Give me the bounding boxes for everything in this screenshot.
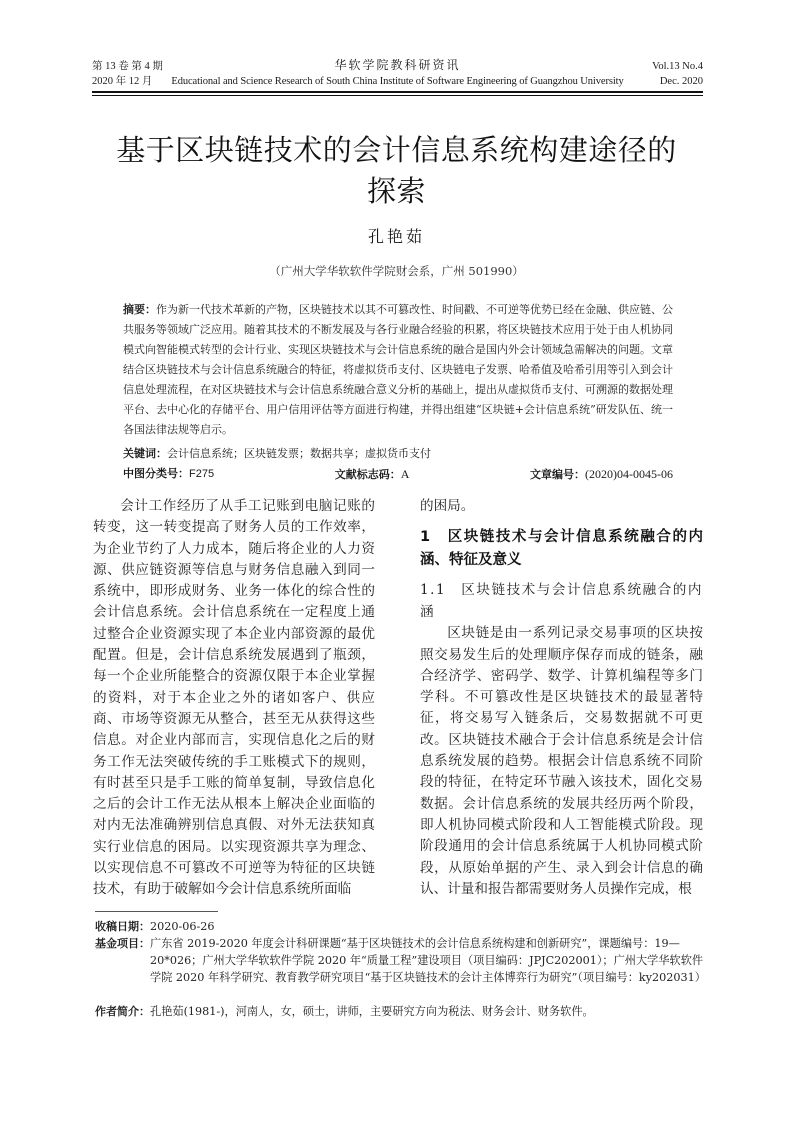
volume-issue-en: Vol.13 No.4 <box>623 59 703 74</box>
bio-value: 孔艳茹(1981-)，河南人，女，硕士，讲师，主要研究方向为税法、财务会计、财务… <box>150 1003 710 1020</box>
abstract-text: 作为新一代技术革新的产物，区块链技术以其不可篡改性、时间戳、不可逆等优势已经在金… <box>123 303 673 436</box>
fund-value: 广东省 2019-2020 年度会计科研课题“基于区块链技术的会计信息系统构建和… <box>150 935 710 986</box>
classification-row: 中图分类号：F275 文献标志码：A 文章编号：(2020)04-0045-06 <box>123 464 673 485</box>
article-no-value: (2020)04-0045-06 <box>585 467 673 481</box>
journal-name-cn: 华软学院教科研资讯 <box>172 58 623 73</box>
volume-issue-cn: 第 13 卷 第 4 期 <box>92 59 172 74</box>
intro-paragraph-continuation: 的困局。 <box>420 496 703 517</box>
section-heading-1-1: 1.1 区块链技术与会计信息系统融合的内涵 <box>420 579 703 623</box>
title-line-2: 探索 <box>100 171 693 212</box>
clc-value: F275 <box>189 468 214 480</box>
doc-code-label: 文献标志码： <box>335 468 401 481</box>
author-name: 孔艳茹 <box>0 224 793 247</box>
intro-paragraph: 会计工作经历了从手工记账到电脑记账的转变，这一转变提高了财务人员的工作效率，为企… <box>93 496 375 901</box>
keywords: 关键词：会计信息系统；区块链发票；数据共享；虚拟货币支付 <box>123 444 673 464</box>
body-column-right: 的困局。 1 区块链技术与会计信息系统融合的内涵、特征及意义 1.1 区块链技术… <box>420 496 703 900</box>
article-title: 基于区块链技术的会计信息系统构建途径的 探索 <box>100 130 693 212</box>
footnote-author-bio: 作者简介： 孔艳茹(1981-)，河南人，女，硕士，讲师，主要研究方向为税法、财… <box>95 1003 710 1020</box>
abstract-label: 摘要： <box>123 303 156 316</box>
abstract: 摘要：作为新一代技术革新的产物，区块链技术以其不可篡改性、时间戳、不可逆等优势已… <box>123 300 673 440</box>
author-affiliation: （广州大学华软软件学院财会系，广州 501990） <box>0 263 793 279</box>
keywords-label: 关键词： <box>123 447 167 460</box>
article-no-label: 文章编号： <box>530 468 585 481</box>
body-column-left: 会计工作经历了从手工记账到电脑记账的转变，这一转变提高了财务人员的工作效率，为企… <box>93 496 375 901</box>
header-rule-thin <box>92 95 703 96</box>
received-label: 收稿日期： <box>95 918 150 935</box>
journal-name-en: Educational and Science Research of Sout… <box>171 74 623 89</box>
doc-code-value: A <box>401 467 410 481</box>
fund-label: 基金项目： <box>95 935 150 986</box>
date-cn: 2020 年 12 月 <box>92 74 171 89</box>
footnote-separator <box>95 911 218 912</box>
keywords-text: 会计信息系统；区块链发票；数据共享；虚拟货币支付 <box>167 447 431 460</box>
header-rule-thick <box>92 91 703 93</box>
running-header: 第 13 卷 第 4 期 华软学院教科研资讯 Vol.13 No.4 2020 … <box>92 58 703 89</box>
title-line-1: 基于区块链技术的会计信息系统构建途径的 <box>100 130 693 171</box>
clc-number: 中图分类号：F275 <box>123 464 214 485</box>
section-1-1-paragraph: 区块链是由一系列记录交易事项的区块按照交易发生后的处理顺序保存而成的链条，融合经… <box>420 623 703 900</box>
document-code: 文献标志码：A <box>335 464 410 485</box>
header-row-2: 2020 年 12 月 Educational and Science Rese… <box>92 74 703 89</box>
date-en: Dec. 2020 <box>624 74 703 89</box>
footnote-received-date: 收稿日期： 2020-06-26 <box>95 918 710 935</box>
footnote-funding: 基金项目： 广东省 2019-2020 年度会计科研课题“基于区块链技术的会计信… <box>95 935 710 986</box>
header-row-1: 第 13 卷 第 4 期 华软学院教科研资讯 Vol.13 No.4 <box>92 58 703 74</box>
clc-label: 中图分类号： <box>123 467 189 480</box>
received-value: 2020-06-26 <box>150 918 710 935</box>
bio-label: 作者简介： <box>95 1003 150 1020</box>
section-heading-1: 1 区块链技术与会计信息系统融合的内涵、特征及意义 <box>420 526 703 572</box>
article-number: 文章编号：(2020)04-0045-06 <box>530 464 673 485</box>
